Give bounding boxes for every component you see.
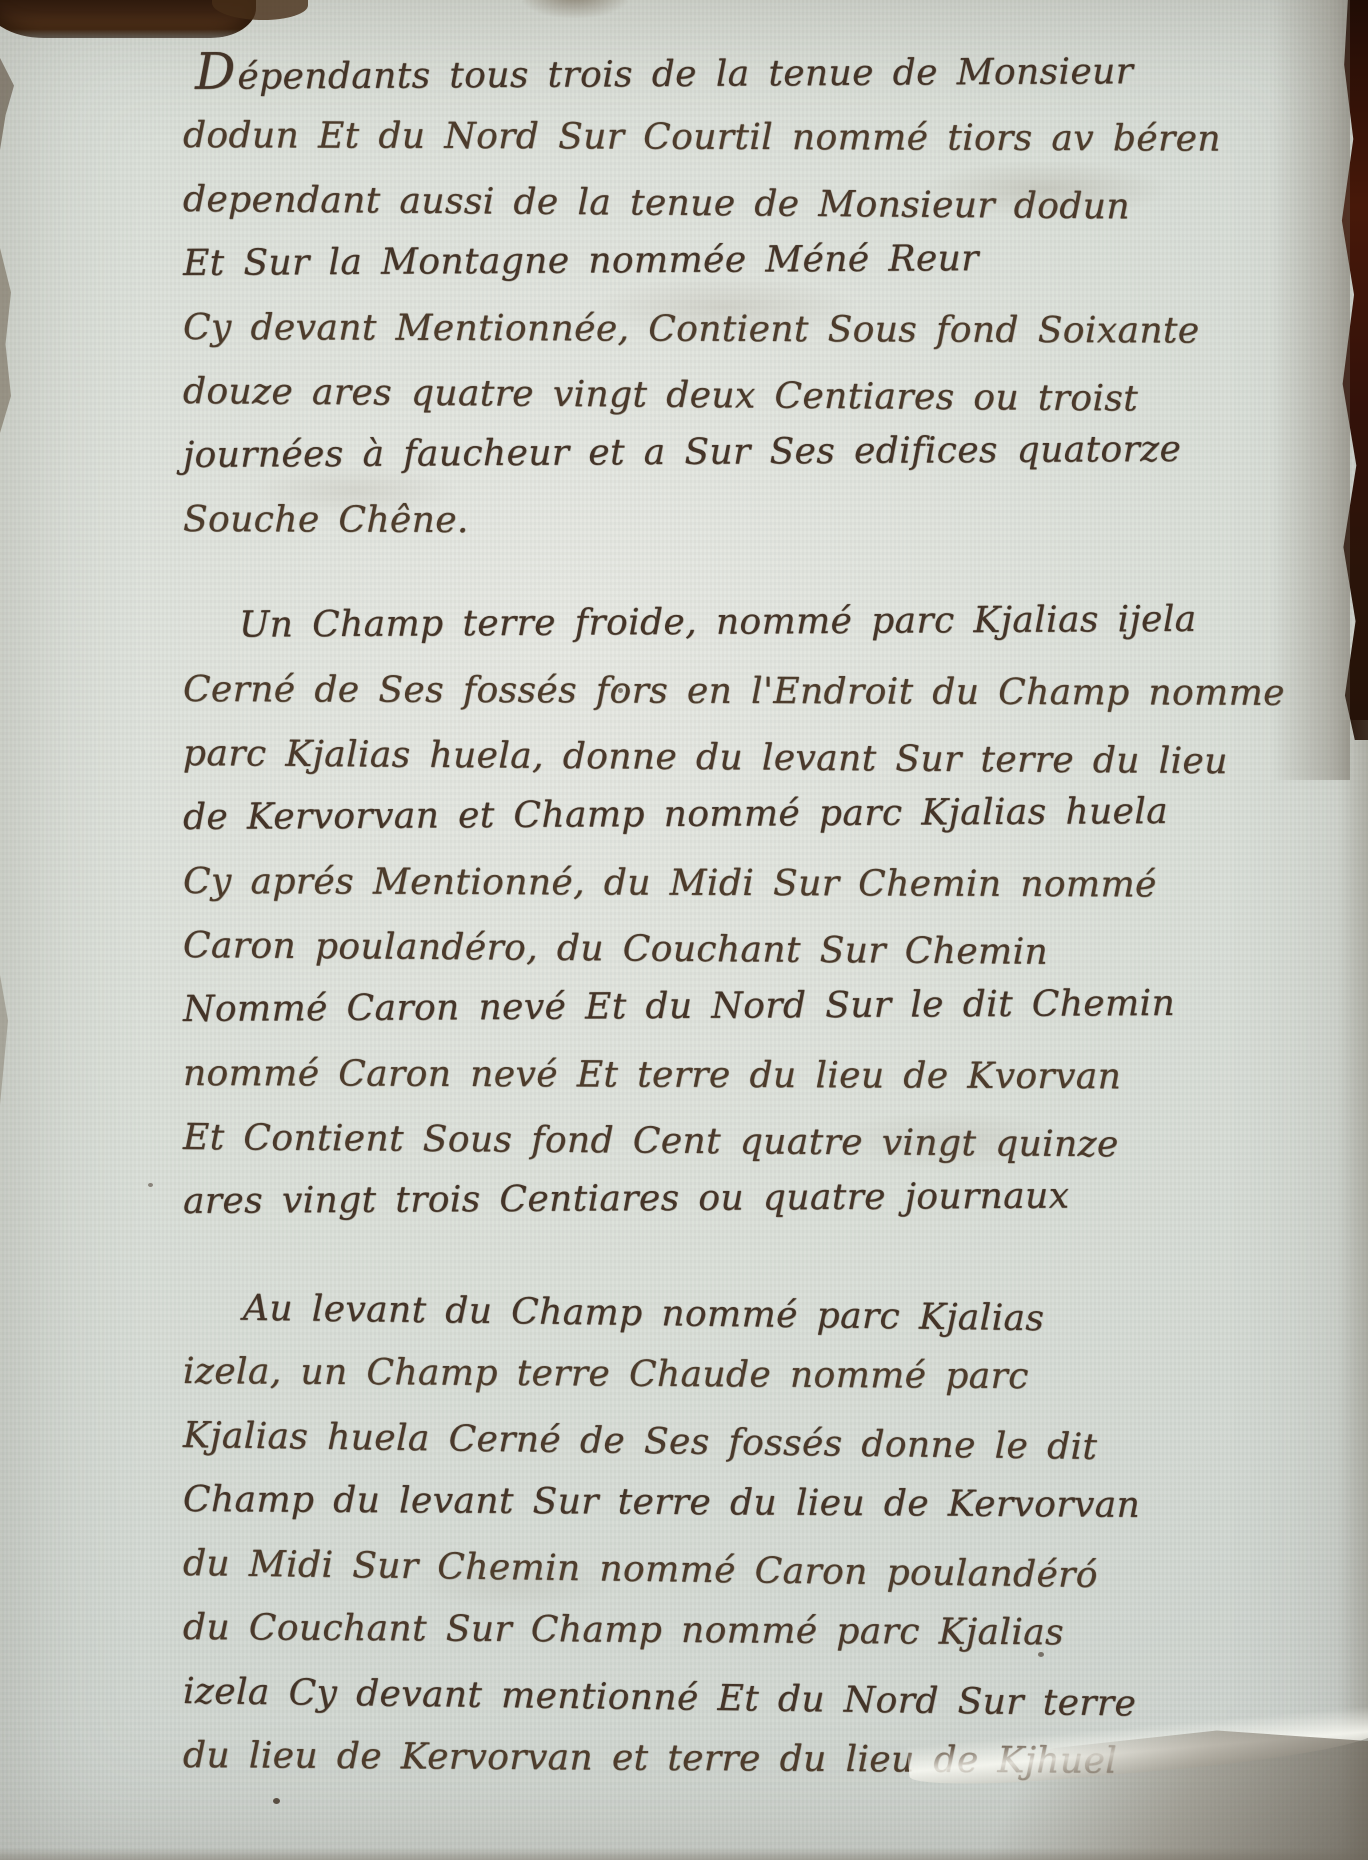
- manuscript-line: Cy aprés Mentionné, du Midi Sur Chemin n…: [183, 850, 1323, 918]
- manuscript-line: dodun Et du Nord Sur Courtil nommé tiors…: [183, 104, 1323, 172]
- manuscript-line: nommé Caron nevé Et terre du lieu de Kvo…: [183, 1042, 1323, 1110]
- bottom-page-edge-shadow: [0, 1848, 1368, 1860]
- right-page-edge-shadow: [1272, 0, 1350, 780]
- manuscript-paragraph: Au levant du Champ nommé parc Kjaliasize…: [183, 1276, 1323, 1788]
- ink-showthrough-smudge: [250, 465, 460, 517]
- right-page-edge-shadow-lower: [1338, 720, 1368, 1860]
- manuscript-line: Cerné de Ses fossés fors en l'Endroit du…: [183, 658, 1323, 726]
- manuscript-line: du Couchant Sur Champ nommé parc Kjalias: [183, 1596, 1323, 1667]
- manuscript-paragraph: Un Champ terre froide, nommé parc Kjalia…: [183, 594, 1323, 1234]
- document-photo: Dépendants tous trois de la tenue de Mon…: [0, 0, 1368, 1860]
- manuscript-line: Dépendants tous trois de la tenue de Mon…: [183, 33, 1323, 104]
- ink-speck: [618, 688, 623, 693]
- manuscript-line: ares vingt trois Centiares ou quatre jou…: [183, 1163, 1323, 1234]
- manuscript-line: Champ du levant Sur terre du lieu de Ker…: [183, 1468, 1323, 1539]
- ink-speck: [148, 1183, 153, 1187]
- ink-showthrough-smudge: [590, 276, 860, 338]
- manuscript-line: izela, un Champ terre Chaude nommé parc: [183, 1340, 1323, 1411]
- ink-showthrough-smudge: [920, 160, 1170, 218]
- ink-speck: [273, 1798, 280, 1804]
- manuscript-line: de Kervorvan et Champ nommé parc Kjalias…: [183, 779, 1323, 850]
- ink-showthrough-smudge: [830, 1110, 1070, 1170]
- manuscript-line: Nommé Caron nevé Et du Nord Sur le dit C…: [183, 971, 1323, 1042]
- manuscript-line: Un Champ terre froide, nommé parc Kjalia…: [183, 587, 1323, 658]
- ink-speck: [1038, 1652, 1044, 1657]
- ink-showthrough-smudge: [410, 1555, 620, 1611]
